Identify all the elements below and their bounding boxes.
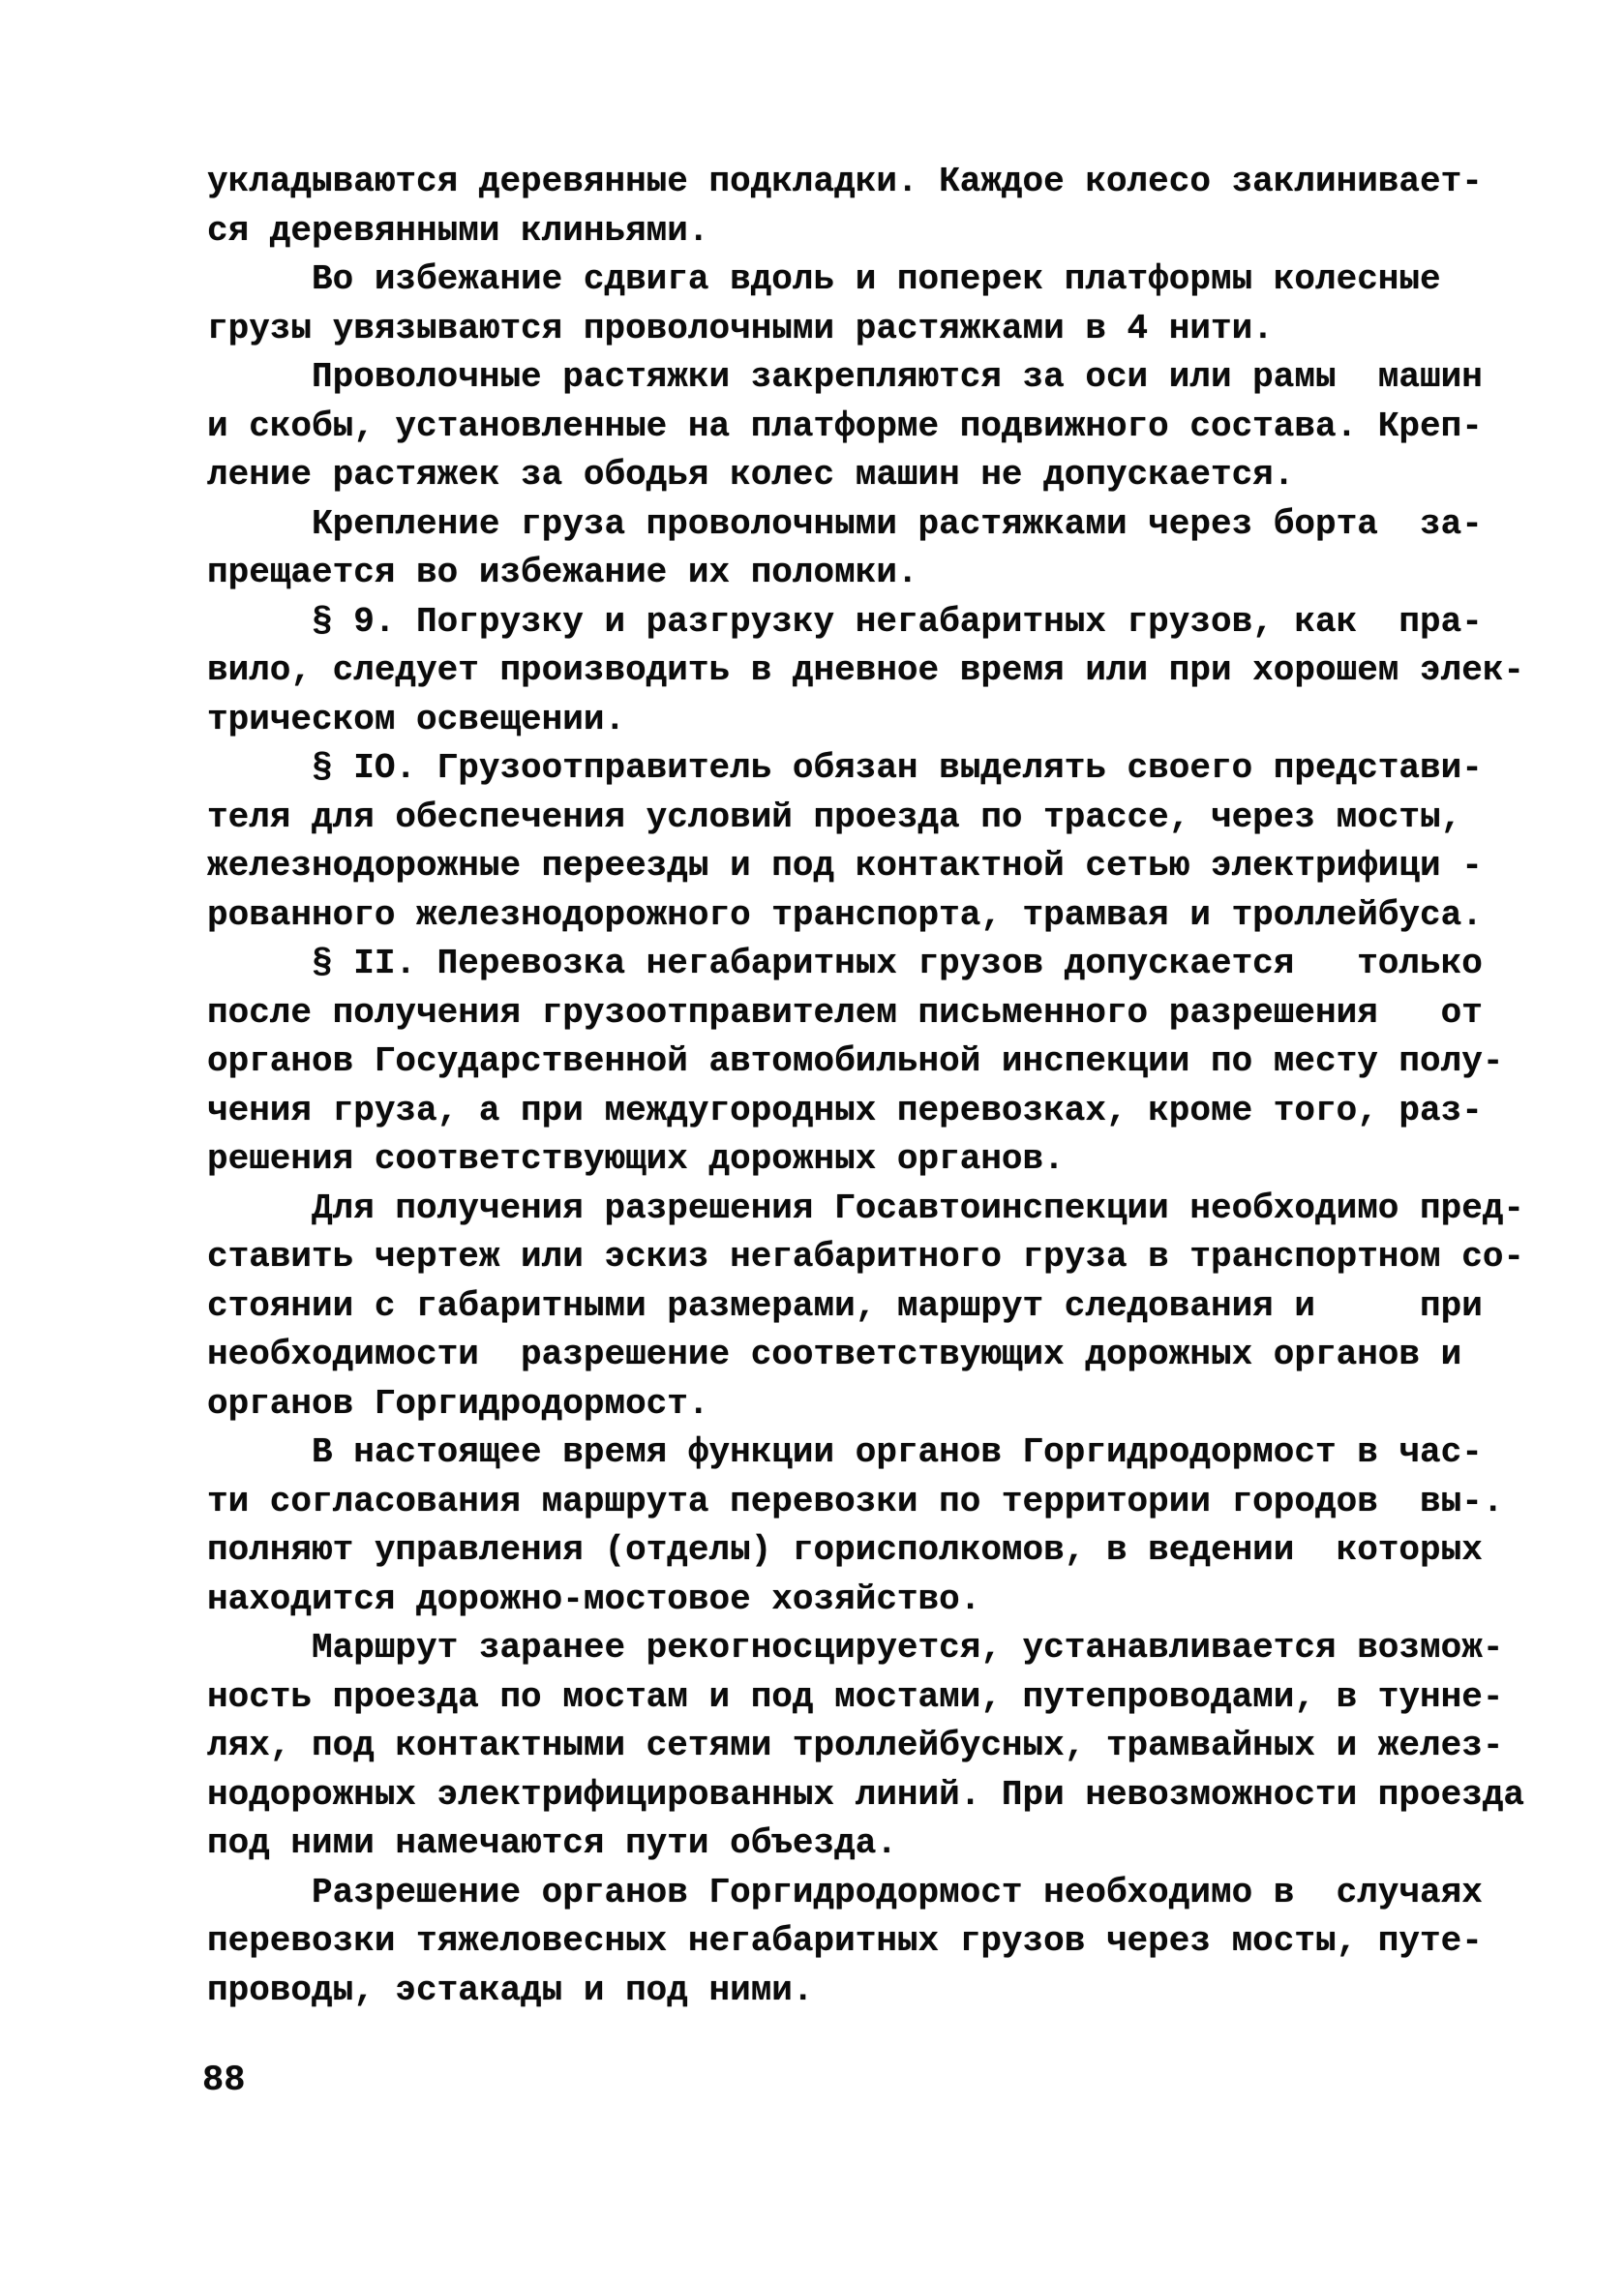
text-line: трическом освещении. [207, 696, 1523, 745]
text-line: В настоящее время функции органов Горгид… [207, 1429, 1523, 1478]
text-line: лях, под контактными сетями троллейбусны… [207, 1722, 1523, 1771]
text-line: ность проезда по мостам и под мостами, п… [207, 1673, 1523, 1723]
text-line: ти согласования маршрута перевозки по те… [207, 1478, 1523, 1527]
page-number: 88 [202, 2060, 245, 2102]
text-line: органов Горгидродормост. [207, 1380, 1523, 1429]
text-line: ся деревянными клиньями. [207, 207, 1523, 256]
text-line: укладываются деревянные подкладки. Каждо… [207, 158, 1523, 207]
text-line: нодорожных электрифицированных линий. Пр… [207, 1771, 1523, 1820]
text-line: ление растяжек за ободья колес машин не … [207, 451, 1523, 500]
text-line: § IO. Грузоотправитель обязан выделять с… [207, 744, 1523, 794]
document-text: укладываются деревянные подкладки. Каждо… [207, 158, 1523, 2015]
text-line: Во избежание сдвига вдоль и поперек плат… [207, 256, 1523, 305]
text-line: рованного железнодорожного транспорта, т… [207, 891, 1523, 941]
text-line: теля для обеспечения условий проезда по … [207, 794, 1523, 843]
text-line: органов Государственной автомобильной ин… [207, 1038, 1523, 1087]
text-line: под ними намечаются пути объезда. [207, 1820, 1523, 1869]
text-line: после получения грузоотправителем письме… [207, 989, 1523, 1038]
text-line: решения соответствующих дорожных органов… [207, 1135, 1523, 1185]
text-line: железнодорожные переезды и под контактно… [207, 842, 1523, 891]
text-line: стоянии с габаритными размерами, маршрут… [207, 1282, 1523, 1332]
text-line: грузы увязываются проволочными растяжкам… [207, 305, 1523, 354]
text-line: § II. Перевозка негабаритных грузов допу… [207, 940, 1523, 989]
text-line: чения груза, а при междугородных перевоз… [207, 1087, 1523, 1136]
text-line: вило, следует производить в дневное врем… [207, 647, 1523, 696]
text-line: и скобы, установленные на платформе подв… [207, 403, 1523, 452]
text-line: Маршрут заранее рекогносцируется, устана… [207, 1624, 1523, 1673]
text-line: находится дорожно-мостовое хозяйство. [207, 1576, 1523, 1625]
document-page: укладываются деревянные подкладки. Каждо… [0, 0, 1624, 2286]
text-line: прещается во избежание их поломки. [207, 549, 1523, 598]
text-line: перевозки тяжеловесных негабаритных груз… [207, 1917, 1523, 1967]
text-line: Для получения разрешения Госавтоинспекци… [207, 1185, 1523, 1234]
text-line: Крепление груза проволочными растяжками … [207, 500, 1523, 550]
text-line: необходимости разрешение соответствующих… [207, 1331, 1523, 1380]
text-line: Разрешение органов Горгидродормост необх… [207, 1869, 1523, 1918]
text-line: ставить чертеж или эскиз негабаритного г… [207, 1233, 1523, 1282]
text-line: проводы, эстакады и под ними. [207, 1967, 1523, 2016]
text-line: Проволочные растяжки закрепляются за оси… [207, 353, 1523, 403]
text-line: полняют управления (отделы) горисполкомо… [207, 1526, 1523, 1576]
text-line: § 9. Погрузку и разгрузку негабаритных г… [207, 598, 1523, 647]
